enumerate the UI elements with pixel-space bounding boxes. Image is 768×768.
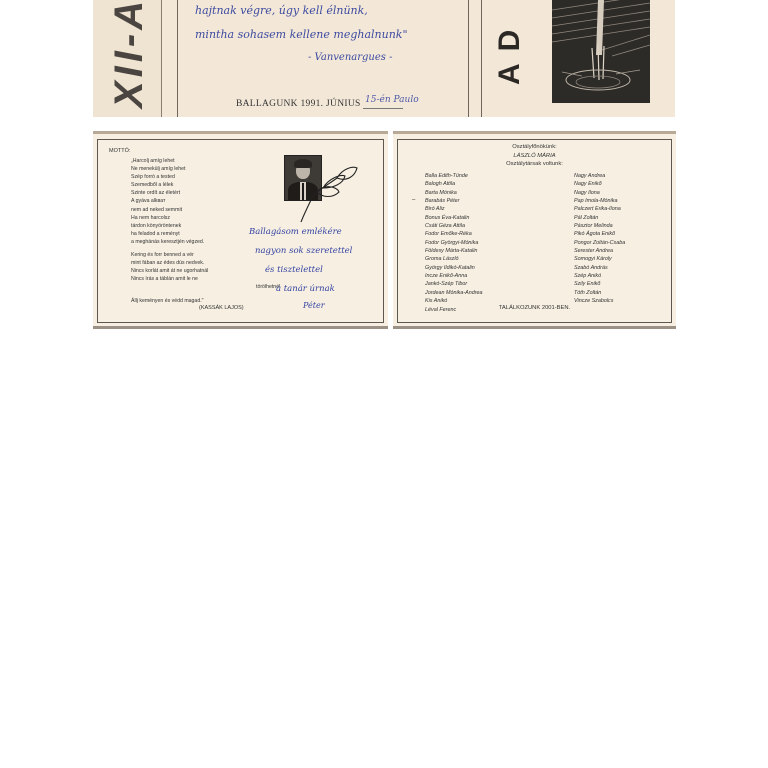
classmate-name: Pál Zoltán — [574, 214, 625, 222]
poem-line: Ha nem harcolsz — [131, 214, 280, 222]
classmate-name: Somogyi Károly — [574, 255, 625, 263]
classmate-name: Szily Enikő — [574, 280, 625, 288]
poem-line: a meghánás keresztjén végzed. — [131, 238, 280, 246]
classmate-name: Csáti Géza Attila — [425, 222, 483, 230]
classmate-name: Jordean Mónika-Andrea — [425, 289, 483, 297]
classmate-name: Tóth Zoltán — [574, 289, 625, 297]
poem-line: „Harcolj amíg lehet — [131, 157, 280, 165]
poem-line: Ne menekülj amíg lehet — [131, 165, 280, 173]
poem-line: A gyáva alkват — [131, 197, 280, 205]
reunion-line: TALÁLKOZUNK 2001-BEN. — [393, 305, 676, 311]
poem-author: (KASSÁK LAJOS) — [199, 305, 244, 311]
classmate-name: Biró Aliz — [425, 205, 483, 213]
classmate-name: Barta Mónika — [425, 189, 483, 197]
right-title-vertical: AD — [493, 18, 527, 85]
dedication-line-1: Ballagásom emlékére — [249, 227, 342, 237]
classmate-name: Balla Edith-Tünde — [425, 172, 483, 180]
classmate-name: Nagy Ilona — [574, 189, 625, 197]
head-teacher-label: Osztályfőnökünk: — [393, 144, 676, 150]
classmate-name: Fodor Emőke-Réka — [425, 230, 483, 238]
classmate-name: Szabó András — [574, 264, 625, 272]
classmate-name: Jankó-Szép Tibor — [425, 280, 483, 288]
head-teacher-name: LÁSZLÓ MÁRIA — [393, 153, 676, 159]
left-title-panel: XII-A — [93, 0, 162, 117]
date-underline — [363, 108, 403, 109]
dedication-line-3: és tisztelettel — [265, 265, 323, 275]
classmate-name: György Ildikó-Katalin — [425, 264, 483, 272]
class-title-vertical: XII-A — [107, 0, 152, 108]
poem-line: törölhetnél — [131, 283, 280, 291]
quote-line-1: hajtnak végre, úgy kell élnünk, — [195, 4, 368, 17]
dedication-line-2: nagyon sok szeretettel — [255, 246, 352, 256]
classmates-list-left: Balla Edith-Tünde Balogh Attila Barta Mó… — [425, 172, 483, 314]
woodcut-image-icon — [552, 0, 650, 103]
poem-line: nem ad neked semmit — [131, 206, 280, 214]
page-divider-line — [481, 0, 482, 117]
page-divider-line — [468, 0, 469, 117]
woodcut-illustration — [552, 0, 650, 103]
dedication-line-4: a tanár úrnak — [276, 284, 335, 294]
dedication-signature: Péter — [303, 301, 325, 310]
classmate-name: Nagy Andrea — [574, 172, 625, 180]
quote-attribution: - Vanvenargues - — [308, 52, 392, 63]
classmate-name: Serester Andrea — [574, 247, 625, 255]
classmate-name: Incze Enikő-Anna — [425, 272, 483, 280]
classmate-name: Pásztor Melinda — [574, 222, 625, 230]
classmate-name: Nagy Enikő — [574, 180, 625, 188]
handwritten-dash-mark: – — [412, 197, 415, 203]
motto-card: MOTTÓ: „Harcolj amíg lehet Ne menekülj a… — [93, 131, 388, 329]
poem-line: Szép forró a tested — [131, 173, 280, 181]
classmate-name: Groma László — [425, 255, 483, 263]
poem-line: mint fában az édes dús nedvek. — [131, 259, 280, 267]
classmate-name: Pap Imola-Mónika — [574, 197, 625, 205]
classmate-name: Szép Anikó — [574, 272, 625, 280]
graduation-signature: Paulo — [394, 95, 419, 105]
graduation-day-handwritten: 15-én Paulo — [365, 95, 419, 105]
classmate-name: Földesy Márta-Katalin — [425, 247, 483, 255]
handwritten-quote: hajtnak végre, úgy kell élnünk, mintha s… — [183, 0, 473, 117]
poem-closing: Állj keményen és védd magad." — [131, 297, 280, 305]
classmate-name: Barabás Péter — [425, 197, 483, 205]
poem-line: Nincs korlát amit át ne ugorhatnál — [131, 267, 280, 275]
classmates-list-right: Nagy Andrea Nagy Enikő Nagy Ilona Pap Im… — [574, 172, 625, 306]
motto-label: MOTTÓ: — [109, 148, 130, 154]
top-scan-strip: XII-A hajtnak végre, úgy kell élnünk, mi… — [93, 0, 675, 117]
classmate-name: Pikó Ágota Enikő — [574, 230, 625, 238]
poem-line: Nincs írás a táblán amit le ne — [131, 275, 280, 283]
page-divider-line — [177, 0, 178, 117]
classmate-name: Fodor Györgyi-Mónika — [425, 239, 483, 247]
classmate-name: Palczert Erika-Ilona — [574, 205, 625, 213]
graduation-date-line: BALLAGUNK 1991. JÚNIUS — [236, 99, 361, 109]
leaf-branch-icon — [293, 164, 363, 224]
classmate-name: Bonus Éva-Katalin — [425, 214, 483, 222]
classmate-name: Pongor Zoltán-Csaba — [574, 239, 625, 247]
poem-line: Szemedből a lélek — [131, 181, 280, 189]
classmate-name: Balogh Attila — [425, 180, 483, 188]
classmates-label: Osztálytársak voltunk: — [393, 161, 676, 167]
graduation-day: 15-én — [365, 95, 391, 105]
poem-line: Szinte ordít az életért — [131, 189, 280, 197]
class-list-card: Osztályfőnökünk: LÁSZLÓ MÁRIA Osztálytár… — [393, 131, 676, 329]
quote-line-2: mintha sohasem kellene meghalnunk" — [195, 28, 408, 41]
